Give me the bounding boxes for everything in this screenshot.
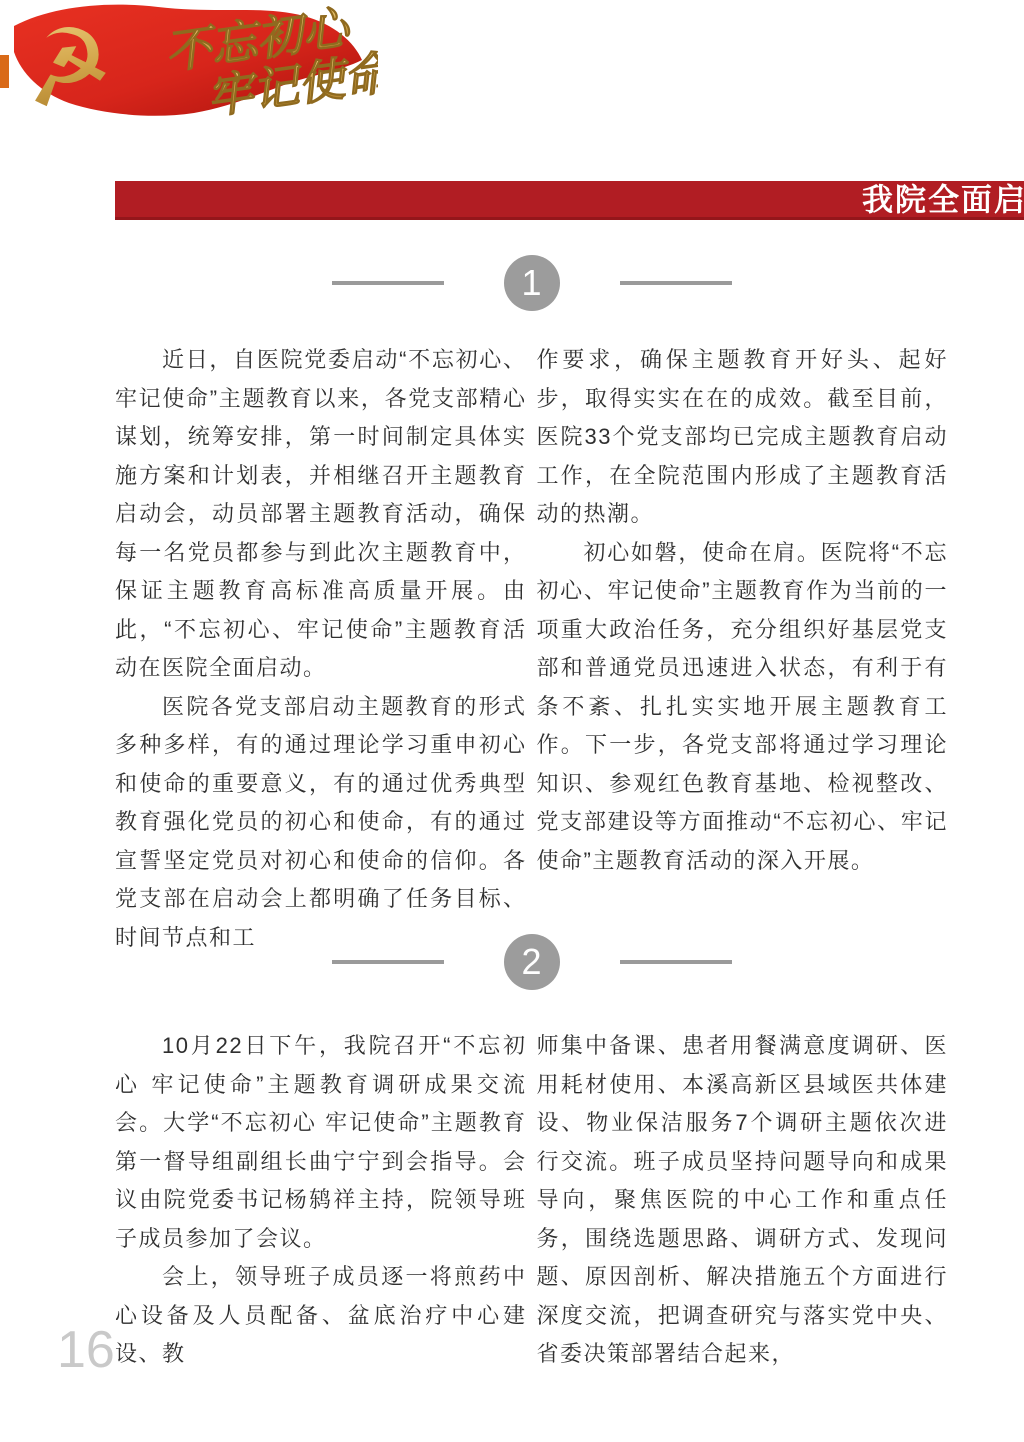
article-1-right-column: 作要求，确保主题教育开好头、起好步，取得实实在在的成效。截至目前，医院33个党支… (537, 341, 949, 957)
article-2-left-column: 10月22日下午，我院召开“不忘初心 牢记使命”主题教育调研成果交流会。大学“不… (115, 1027, 527, 1374)
divider-line (620, 281, 732, 285)
article-1-columns: 近日，自医院党委启动“不忘初心、牢记使命”主题教育以来，各党支部精心谋划，统筹安… (115, 341, 948, 957)
divider-line (332, 281, 444, 285)
paragraph: 近日，自医院党委启动“不忘初心、牢记使命”主题教育以来，各党支部精心谋划，统筹安… (115, 341, 527, 688)
paragraph: 初心如磐，使命在肩。医院将“不忘初心、牢记使命”主题教育作为当前的一项重大政治任… (537, 534, 949, 881)
section-divider-2: 2 (115, 934, 948, 990)
section-number-badge: 1 (504, 255, 560, 311)
paragraph: 10月22日下午，我院召开“不忘初心 牢记使命”主题教育调研成果交流会。大学“不… (115, 1027, 527, 1258)
header-title: 我院全面启 (862, 181, 1024, 220)
section-number: 1 (521, 265, 541, 301)
divider-line (620, 960, 732, 964)
paragraph: 会上，领导班子成员逐一将煎药中心设备及人员配备、盆底治疗中心建设、教 (115, 1258, 527, 1374)
article-2-columns: 10月22日下午，我院召开“不忘初心 牢记使命”主题教育调研成果交流会。大学“不… (115, 1027, 948, 1374)
party-flag-banner: ☭ 不忘初心 牢记使命 (6, 0, 378, 122)
divider-line (332, 960, 444, 964)
paragraph: 师集中备课、患者用餐满意度调研、医用耗材使用、本溪高新区县域医共体建设、物业保洁… (537, 1027, 949, 1374)
article-1-left-column: 近日，自医院党委启动“不忘初心、牢记使命”主题教育以来，各党支部精心谋划，统筹安… (115, 341, 527, 957)
page-number: 16 (57, 1322, 115, 1379)
section-divider-1: 1 (115, 255, 948, 311)
newsletter-page: ☭ 不忘初心 牢记使命 我院全面启 1 近日，自医院党委启动“不忘初心、牢记使命… (0, 0, 1024, 1442)
article-2-right-column: 师集中备课、患者用餐满意度调研、医用耗材使用、本溪高新区县域医共体建设、物业保洁… (537, 1027, 949, 1374)
section-number: 2 (521, 944, 541, 980)
header-bar: 我院全面启 (115, 181, 1024, 220)
paragraph: 医院各党支部启动主题教育的形式多种多样，有的通过理论学习重申初心和使命的重要意义… (115, 688, 527, 958)
paragraph: 作要求，确保主题教育开好头、起好步，取得实实在在的成效。截至目前，医院33个党支… (537, 341, 949, 534)
section-number-badge: 2 (504, 934, 560, 990)
